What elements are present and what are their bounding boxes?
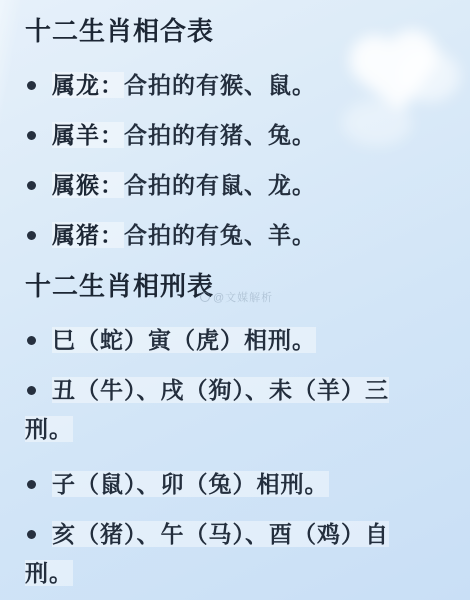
item-text: 合拍的有兔、羊。 xyxy=(124,222,316,248)
bullet-icon xyxy=(27,131,36,140)
item-line-continued: 刑。 xyxy=(25,559,389,588)
item-text-line: 巳（蛇）寅（虎）相刑。 xyxy=(52,326,316,355)
bullet-icon xyxy=(27,181,36,190)
item-line: 丑（牛）、戌（狗）、未（羊）三 xyxy=(52,377,389,403)
item-label: 属猴： xyxy=(52,172,124,198)
item-text-line: 属猪：合拍的有兔、羊。 xyxy=(52,221,316,250)
item-text: 合拍的有猴、鼠。 xyxy=(124,72,316,98)
list-item: 丑（牛）、戌（狗）、未（羊）三刑。 xyxy=(25,376,452,444)
page-background: 十二生肖相合表 属龙：合拍的有猴、鼠。 属羊：合拍的有猪、兔。 属猴：合拍的有鼠… xyxy=(0,0,470,600)
item-label: 属猪： xyxy=(52,222,124,248)
bullet-icon xyxy=(27,231,36,240)
watermark-logo-icon xyxy=(200,292,210,302)
bullet-icon xyxy=(27,336,36,345)
item-text-line: 亥（猪）、午（马）、酉（鸡）自刑。 xyxy=(52,520,389,588)
list-item: 属猪：合拍的有兔、羊。 xyxy=(25,221,452,250)
item-label: 属龙： xyxy=(52,72,124,98)
list-item: 亥（猪）、午（马）、酉（鸡）自刑。 xyxy=(25,520,452,588)
bullet-icon xyxy=(27,530,36,539)
watermark-text: @文媒解析 xyxy=(213,289,273,305)
list-item: 属龙：合拍的有猴、鼠。 xyxy=(25,71,452,100)
item-text-line: 子（鼠）、卯（兔）相刑。 xyxy=(52,470,329,499)
item-line: 亥（猪）、午（马）、酉（鸡）自 xyxy=(52,521,389,547)
list-item: 子（鼠）、卯（兔）相刑。 xyxy=(25,470,452,499)
bullet-icon xyxy=(27,480,36,489)
list-item: 属羊：合拍的有猪、兔。 xyxy=(25,121,452,150)
item-text-line: 属羊：合拍的有猪、兔。 xyxy=(52,121,316,150)
list-item: 巳（蛇）寅（虎）相刑。 xyxy=(25,326,452,355)
item-line-continued-text: 刑。 xyxy=(25,416,73,442)
item-label: 属羊： xyxy=(52,122,124,148)
item-text: 合拍的有猪、兔。 xyxy=(124,122,316,148)
bullet-icon xyxy=(27,386,36,395)
item-line-continued-text: 刑。 xyxy=(25,560,73,586)
item-text: 合拍的有鼠、龙。 xyxy=(124,172,316,198)
item-line-continued: 刑。 xyxy=(25,415,389,444)
item-line: 子（鼠）、卯（兔）相刑。 xyxy=(52,471,329,497)
item-text-line: 丑（牛）、戌（狗）、未（羊）三刑。 xyxy=(52,376,389,444)
list-item: 属猴：合拍的有鼠、龙。 xyxy=(25,171,452,200)
item-line: 巳（蛇）寅（虎）相刑。 xyxy=(52,327,316,353)
item-text-line: 属猴：合拍的有鼠、龙。 xyxy=(52,171,316,200)
section-harmony-title: 十二生肖相合表 xyxy=(25,16,452,46)
bullet-icon xyxy=(27,81,36,90)
watermark: @文媒解析 xyxy=(200,289,273,305)
item-text-line: 属龙：合拍的有猴、鼠。 xyxy=(52,71,316,100)
